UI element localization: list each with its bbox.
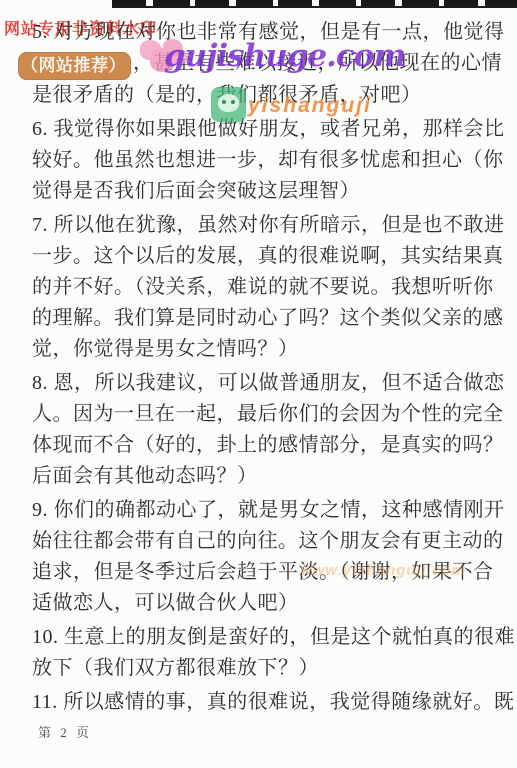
text-line: 6. 我觉得你如果跟他做好朋友，或者兄弟，那样会比 (32, 114, 493, 145)
text-line: 人。因为一旦在一起，最后你们的会因为个性的完全 (32, 399, 493, 430)
text-line: 体现而不合（好的，卦上的感情部分，是真实的吗？ (32, 430, 493, 461)
text-line: 觉得是否我们后面会突破这层理智） (32, 176, 493, 207)
text-line: 9. 你们的确都动心了，就是男女之情，这种感情刚开 (32, 495, 493, 526)
text-line: 觉，你觉得是男女之情吗？） (32, 334, 493, 365)
page-number: 第 2 页 (38, 722, 92, 741)
text-line: 10. 生意上的朋友倒是蛮好的，但是这个就怕真的很难 (32, 622, 493, 653)
paragraph-9: 9. 你们的确都动心了，就是男女之情，这种感情刚开始往往都会带有自己的向往。这个… (32, 495, 493, 619)
document-body: 5. 对方现在对你也非常有感觉，但是有一点，他觉得（网站推荐），甚至有些难以接近… (32, 17, 493, 721)
text-line: 8. 恩，所以我建议，可以做普通朋友，但不适合做恋 (32, 368, 493, 399)
paragraph-11: 11. 所以感情的事，真的很难说，我觉得随缘就好。既 (32, 687, 493, 718)
text-line: 后面会有其他动态吗？） (32, 461, 493, 492)
watermark-orange-brand: yishanguji (248, 94, 372, 118)
text-line: 一步。这个以后的发展，真的很难说啊，其实结果真 (32, 241, 493, 272)
site-recommend-ribbon: （网站推荐） (18, 52, 131, 80)
text-line: 较好。他虽然也想进一步，却有很多忧虑和担心（你 (32, 145, 493, 176)
text-line: 的并不好。（没关系，难说的就不要说。我想听听你 (32, 272, 493, 303)
text-line: 始往往都会带有自己的向往。这个朋友会有更主动的 (32, 526, 493, 557)
watermark-purple-site: gujishuge.com (164, 38, 405, 74)
text-line: 11. 所以感情的事，真的很难说，我觉得随缘就好。既 (32, 687, 493, 718)
wechat-face-icon (218, 94, 239, 112)
wechat-icon (211, 87, 246, 122)
text-line: 的理解。我们算是同时动心了吗？这个类似父亲的感 (32, 303, 493, 334)
watermark-orange-url: www.yishanguji.com (300, 562, 466, 579)
text-line: 7. 所以他在犹豫，虽然对你有所暗示，但是也不敢进 (32, 210, 493, 241)
text-line: 放下（我们双方都很难放下？） (32, 653, 493, 684)
cutoff-previous-line-strip (112, 0, 517, 8)
paragraph-6: 6. 我觉得你如果跟他做好朋友，或者兄弟，那样会比较好。他虽然也想进一步，却有很… (32, 114, 493, 207)
paragraph-7: 7. 所以他在犹豫，虽然对你有所暗示，但是也不敢进一步。这个以后的发展，真的很难… (32, 210, 493, 365)
paragraph-8: 8. 恩，所以我建议，可以做普通朋友，但不适合做恋人。因为一旦在一起，最后你们的… (32, 368, 493, 492)
text-line: 适做恋人，可以做合伙人吧） (32, 588, 493, 619)
paragraph-10: 10. 生意上的朋友倒是蛮好的，但是这个就怕真的很难放下（我们双方都很难放下？） (32, 622, 493, 684)
